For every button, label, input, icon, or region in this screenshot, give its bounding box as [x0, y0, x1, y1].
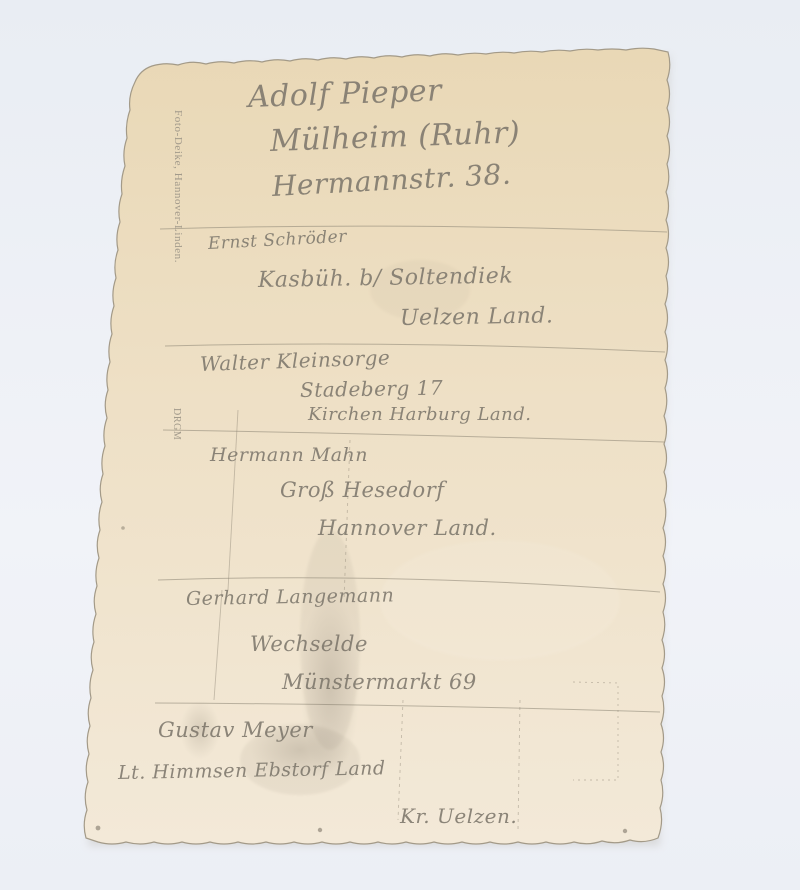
- photo-scene: Foto-Deike, Hannover-Linden. DRGM Adolf …: [0, 0, 800, 890]
- entry-6-district: Kr. Uelzen.: [400, 804, 517, 828]
- entry-5-place: Wechselde: [250, 632, 368, 656]
- entry-4-name: Hermann Mahn: [210, 444, 368, 466]
- entry-4-place: Groß Hesedorf: [280, 478, 445, 502]
- entry-5-name: Gerhard Langemann: [186, 584, 395, 610]
- entry-5-street: Münstermarkt 69: [282, 670, 477, 694]
- publisher-mark: DRGM: [171, 408, 182, 440]
- entry-2-place: Kasbüh. b/ Soltendiek: [258, 264, 513, 293]
- entry-3-district: Kirchen Harburg Land.: [308, 404, 531, 425]
- entry-3-street: Stadeberg 17: [300, 376, 444, 402]
- entry-2-district: Uelzen Land.: [400, 303, 554, 331]
- entry-1-name: Adolf Pieper: [247, 73, 442, 115]
- entry-6-name: Gustav Meyer: [158, 718, 313, 742]
- entry-6-place: Lt. Himmsen Ebstorf Land: [118, 757, 386, 784]
- entry-4-district: Hannover Land.: [318, 516, 497, 540]
- publisher-credit: Foto-Deike, Hannover-Linden.: [172, 110, 184, 263]
